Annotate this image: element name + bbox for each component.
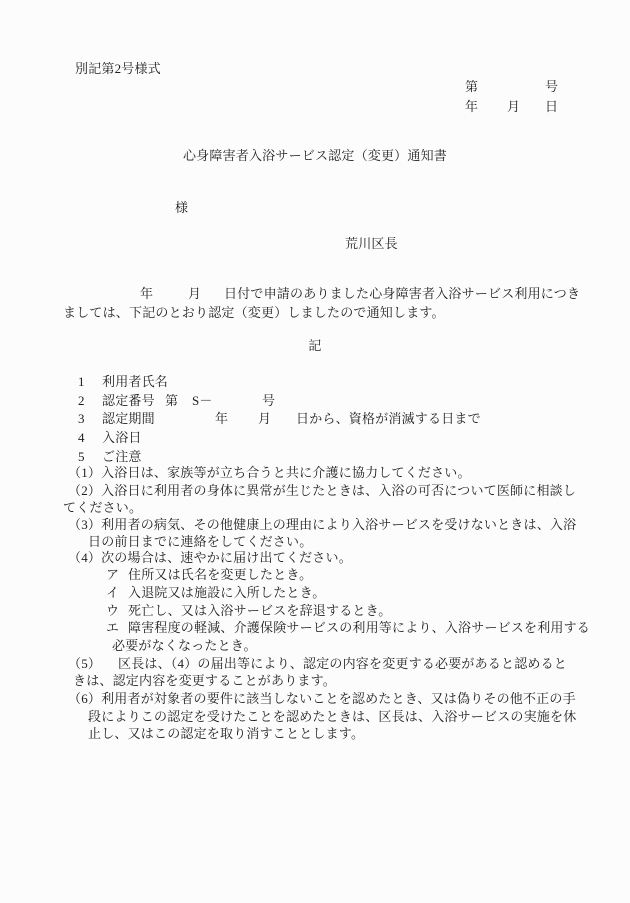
item-3-period-text: 日から、資格が消滅する日まで <box>296 412 481 426</box>
issue-number-prefix: 第 <box>465 80 478 94</box>
issue-date-day: 日 <box>545 100 558 114</box>
note-5-line1: 区長は、（4）の届出等により、認定の内容を変更する必要があると認めると <box>118 657 567 671</box>
body-line2-text: ましては、下記のとおり認定（変更）しましたので通知します。 <box>63 306 445 320</box>
item-2-label: 認定番号 <box>102 394 155 408</box>
note-4-c-label: ウ <box>106 604 119 618</box>
note-4-a-text: 住所又は氏名を変更したとき。 <box>128 568 312 582</box>
item-4-number: 4 <box>78 431 85 445</box>
note-6-line3: 止し、又はこの認定を取り消すこととします。 <box>88 727 364 741</box>
item-3-label: 認定期間 <box>102 412 155 426</box>
note-4-c-text: 死亡し、又は入浴サービスを辞退するとき。 <box>128 604 391 618</box>
note-5-line2: きは、認定内容を変更することがあります。 <box>73 674 336 688</box>
note-6-line1: （6）利用者が対象者の要件に該当しないことを認めたとき、又は偽りその他不正の手 <box>68 692 576 706</box>
sender-name: 荒川区長 <box>345 237 398 251</box>
body-line1-text: 日付で申請のありました心身障害者入浴サービス利用につき <box>224 287 580 301</box>
note-2-line1: （2）入浴日に利用者の身体に異常が生じたときは、入浴の可否について医師に相談し <box>68 484 576 498</box>
item-3-number: 3 <box>78 412 85 426</box>
item-1-label: 利用者氏名 <box>102 375 168 389</box>
item-2-no-prefix: 第 <box>165 394 178 408</box>
note-1: （1）入浴日は、家族等が立ち合うと共に介護に協力してください。 <box>68 466 471 480</box>
note-4-a-label: ア <box>106 568 119 582</box>
item-3-year: 年 <box>215 412 228 426</box>
item-4-label: 入浴日 <box>102 431 142 445</box>
note-4: （4）次の場合は、速やかに届け出てください。 <box>68 551 352 565</box>
item-2-number: 2 <box>78 394 85 408</box>
body-line1-month: 月 <box>188 287 201 301</box>
note-4-d-text: 障害程度の軽減、介護保険サービスの利用等により、入浴サービスを利用する <box>128 621 590 635</box>
item-5-number: 5 <box>78 450 85 464</box>
note-4-b-text: 入退院又は施設に入所したとき。 <box>128 586 325 600</box>
note-6-line2: 段によりこの認定を受けたことを認めたときは、区長は、入浴サービスの実施を休 <box>88 710 576 724</box>
issue-date-year: 年 <box>465 100 478 114</box>
note-4-b-label: イ <box>106 586 119 600</box>
body-line1-year: 年 <box>140 287 153 301</box>
form-label: 別記第2号様式 <box>75 62 161 76</box>
item-2-no-suffix: 号 <box>262 394 275 408</box>
item-3-month: 月 <box>258 412 271 426</box>
note-4-d-text2: 必要がなくなったとき。 <box>112 639 257 653</box>
note-3-line1: （3）利用者の病気、その他健康上の理由により入浴サービスを受けないときは、入浴 <box>68 518 576 532</box>
notice-document: 別記第2号様式 第 号 年 月 日 心身障害者入浴サービス認定（変更）通知書 様… <box>0 0 630 903</box>
note-3-line2: 日の前日までに連絡をしてください。 <box>88 535 312 549</box>
document-title: 心身障害者入浴サービス認定（変更）通知書 <box>0 149 630 163</box>
item-5-label: ご注意 <box>102 450 142 464</box>
issue-date-month: 月 <box>507 100 520 114</box>
record-marker: 記 <box>0 339 630 353</box>
issue-number-suffix: 号 <box>545 80 558 94</box>
item-1-number: 1 <box>78 375 85 389</box>
note-4-d-label: エ <box>106 621 119 635</box>
addressee-honorific: 様 <box>175 201 188 215</box>
note-5-label: （5） <box>68 657 101 671</box>
item-2-no-code: S－ <box>192 394 213 408</box>
note-2-line2: てください。 <box>63 501 142 515</box>
